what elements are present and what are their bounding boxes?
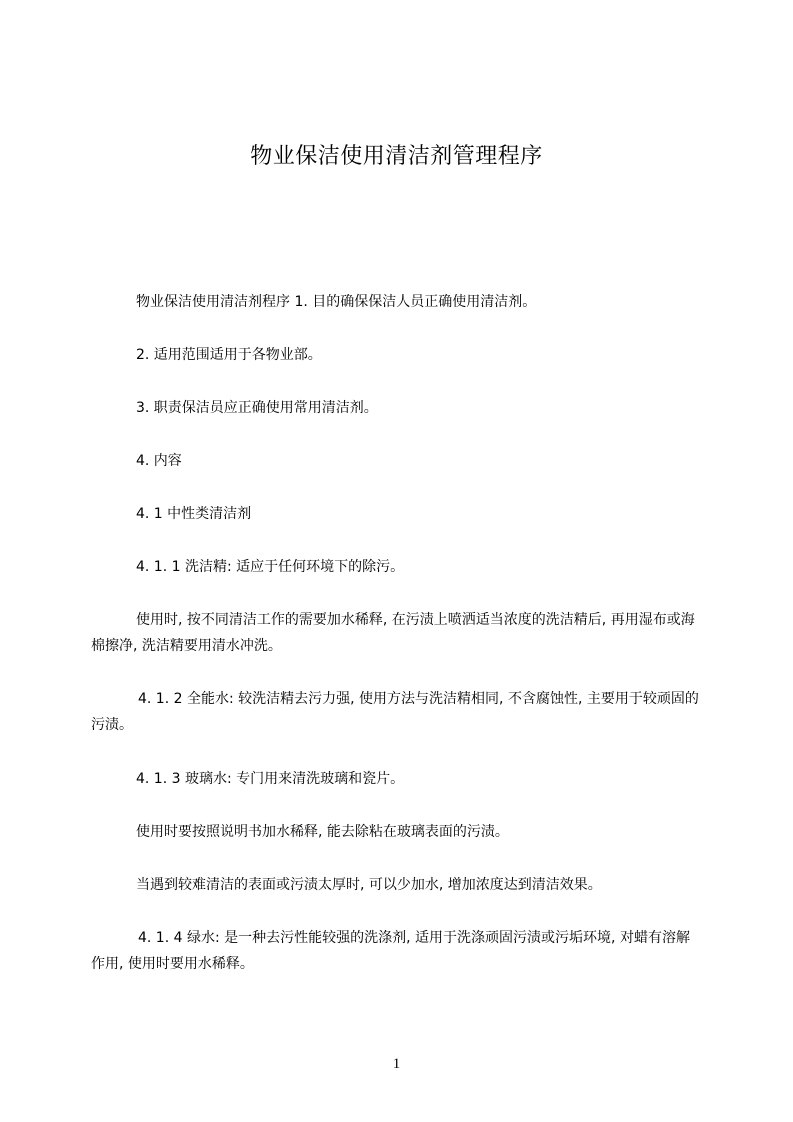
paragraph-responsibility: 3. 职责保洁员应正确使用常用清洁剂。 bbox=[136, 395, 378, 421]
paragraph-glass-cleaner-tip: 当遇到较难清洁的表面或污渍太厚时, 可以少加水, 增加浓度达到清洁效果。 bbox=[136, 872, 602, 898]
paragraph-glass-cleaner-usage: 使用时要按照说明书加水稀释, 能去除粘在玻璃表面的污渍。 bbox=[136, 819, 509, 845]
page-number: 1 bbox=[0, 1056, 793, 1073]
document-title: 物业保洁使用清洁剂管理程序 bbox=[0, 142, 793, 172]
paragraph-scope: 2. 适用范围适用于各物业部。 bbox=[136, 342, 322, 368]
paragraph-dish-detergent-usage: 使用时, 按不同清洁工作的需要加水稀释, 在污渍上喷洒适当浓度的洗洁精后, 再用… bbox=[91, 607, 703, 659]
paragraph-purpose: 物业保洁使用清洁剂程序 1. 目的确保保洁人员正确使用清洁剂。 bbox=[136, 289, 536, 315]
paragraph-dish-detergent: 4. 1. 1 洗洁精: 适应于任何环境下的除污。 bbox=[136, 554, 404, 580]
paragraph-glass-cleaner: 4. 1. 3 玻璃水: 专门用来清洗玻璃和瓷片。 bbox=[136, 766, 404, 792]
paragraph-content-heading: 4. 内容 bbox=[136, 448, 182, 474]
paragraph-all-purpose-cleaner: 4. 1. 2 全能水: 较洗洁精去污力强, 使用方法与洗洁精相同, 不含腐蚀性… bbox=[91, 686, 703, 738]
paragraph-green-water: 4. 1. 4 绿水: 是一种去污性能较强的洗涤剂, 适用于洗涤顽固污渍或污垢环… bbox=[91, 925, 703, 977]
paragraph-neutral-cleaners: 4. 1 中性类清洁剂 bbox=[136, 501, 251, 527]
